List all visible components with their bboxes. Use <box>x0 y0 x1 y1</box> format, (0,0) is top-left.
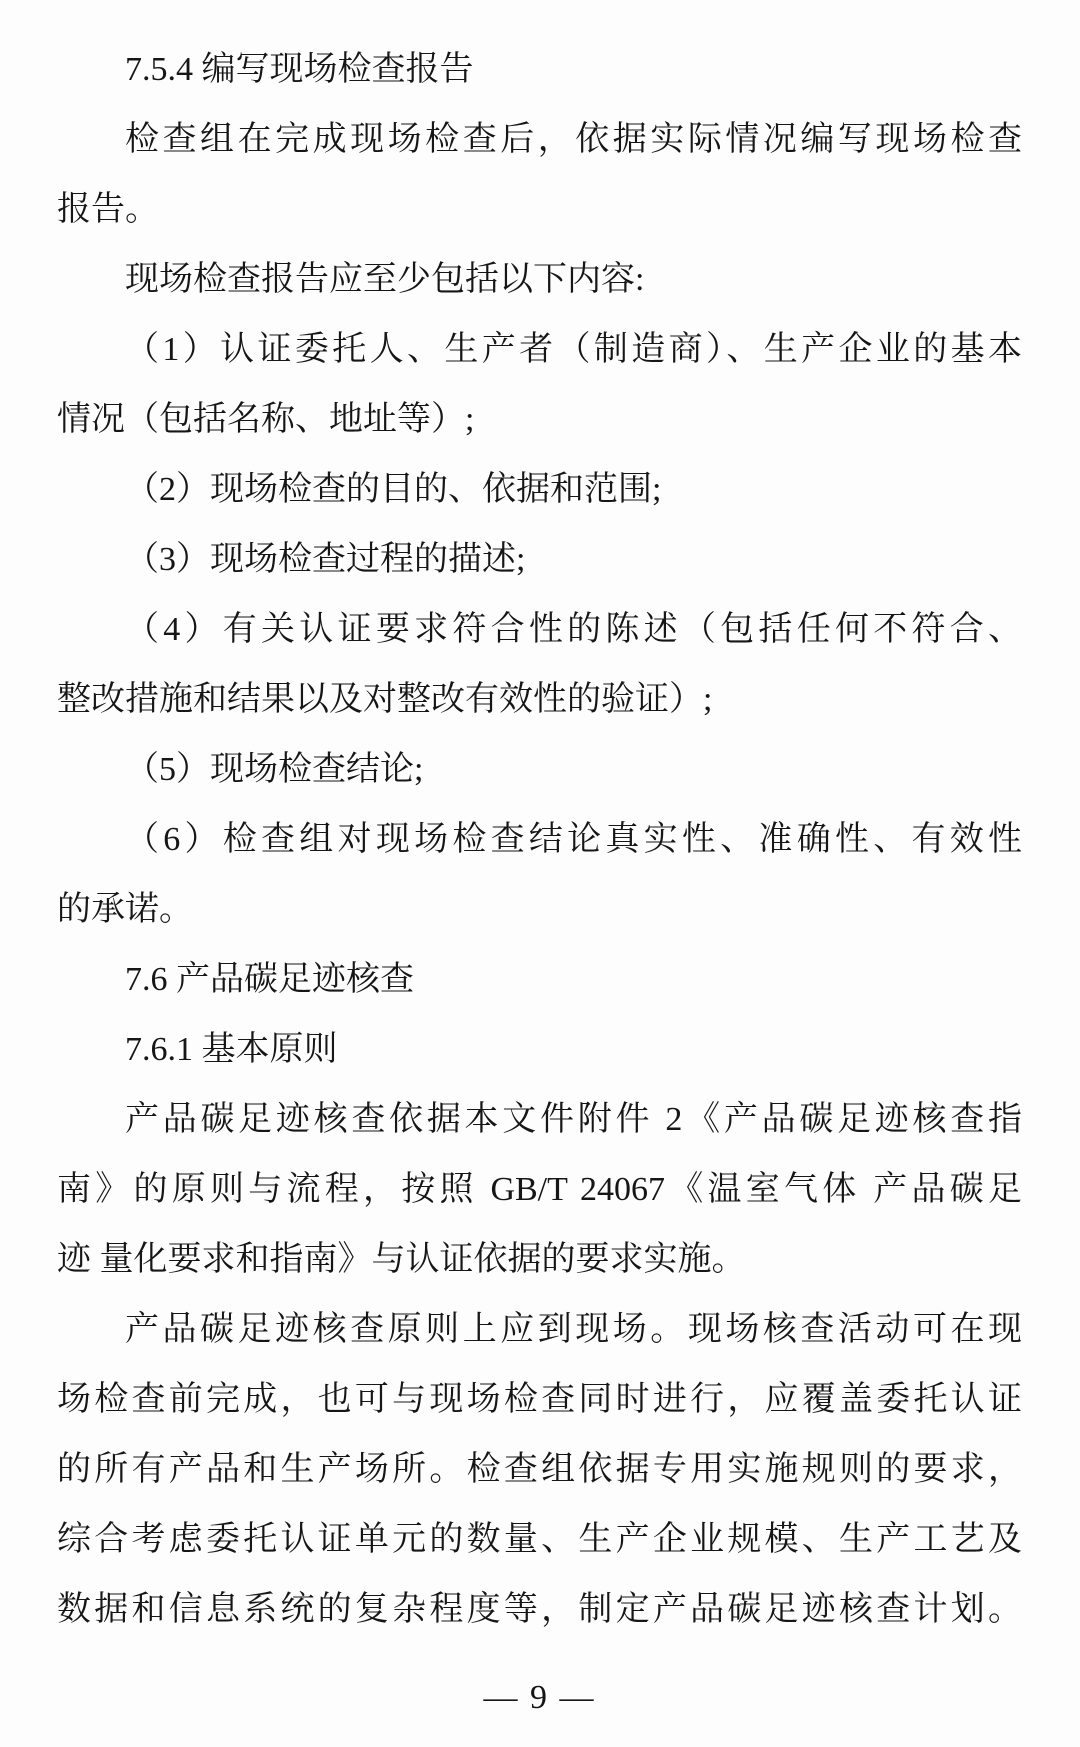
paragraph-line: 数据和信息系统的复杂程度等，制定产品碳足迹核查计划。 <box>57 1575 1022 1645</box>
paragraph-line: 综合考虑委托认证单元的数量、生产企业规模、生产工艺及 <box>57 1505 1022 1575</box>
paragraph-line: 报告。 <box>57 175 1022 245</box>
paragraph-line: 迹 量化要求和指南》与认证依据的要求实施。 <box>57 1225 1022 1295</box>
list-item-6-line: （6）检查组对现场检查结论真实性、准确性、有效性 <box>57 805 1022 875</box>
list-item-3-line: （3）现场检查过程的描述; <box>57 525 1022 595</box>
list-item-1-line: 情况（包括名称、地址等）; <box>57 385 1022 455</box>
paragraph-line: 南》的原则与流程，按照 GB/T 24067《温室气体 产品碳足 <box>57 1155 1022 1225</box>
paragraph-line: 的所有产品和生产场所。检查组依据专用实施规则的要求， <box>57 1435 1022 1505</box>
list-item-1-line: （1）认证委托人、生产者（制造商）、生产企业的基本 <box>57 315 1022 385</box>
paragraph-line: 产品碳足迹核查依据本文件附件 2《产品碳足迹核查指 <box>57 1085 1022 1155</box>
list-item-4-line: 整改措施和结果以及对整改有效性的验证）; <box>57 665 1022 735</box>
list-item-5-line: （5）现场检查结论; <box>57 735 1022 805</box>
paragraph-line: 产品碳足迹核查原则上应到现场。现场核查活动可在现 <box>57 1295 1022 1365</box>
list-item-4-line: （4）有关认证要求符合性的陈述（包括任何不符合、 <box>57 595 1022 665</box>
section-heading-754: 7.5.4 编写现场检查报告 <box>57 35 1022 105</box>
paragraph-line: 现场检查报告应至少包括以下内容: <box>57 245 1022 315</box>
section-heading-76: 7.6 产品碳足迹核查 <box>57 945 1022 1015</box>
paragraph-line: 场检查前完成，也可与现场检查同时进行，应覆盖委托认证 <box>57 1365 1022 1435</box>
document-page: 7.5.4 编写现场检查报告 检查组在完成现场检查后，依据实际情况编写现场检查 … <box>0 0 1080 1747</box>
section-heading-761: 7.6.1 基本原则 <box>57 1015 1022 1085</box>
list-item-6-line: 的承诺。 <box>57 875 1022 945</box>
paragraph-line: 检查组在完成现场检查后，依据实际情况编写现场检查 <box>57 105 1022 175</box>
page-number: — 9 — <box>57 1663 1022 1733</box>
list-item-2-line: （2）现场检查的目的、依据和范围; <box>57 455 1022 525</box>
